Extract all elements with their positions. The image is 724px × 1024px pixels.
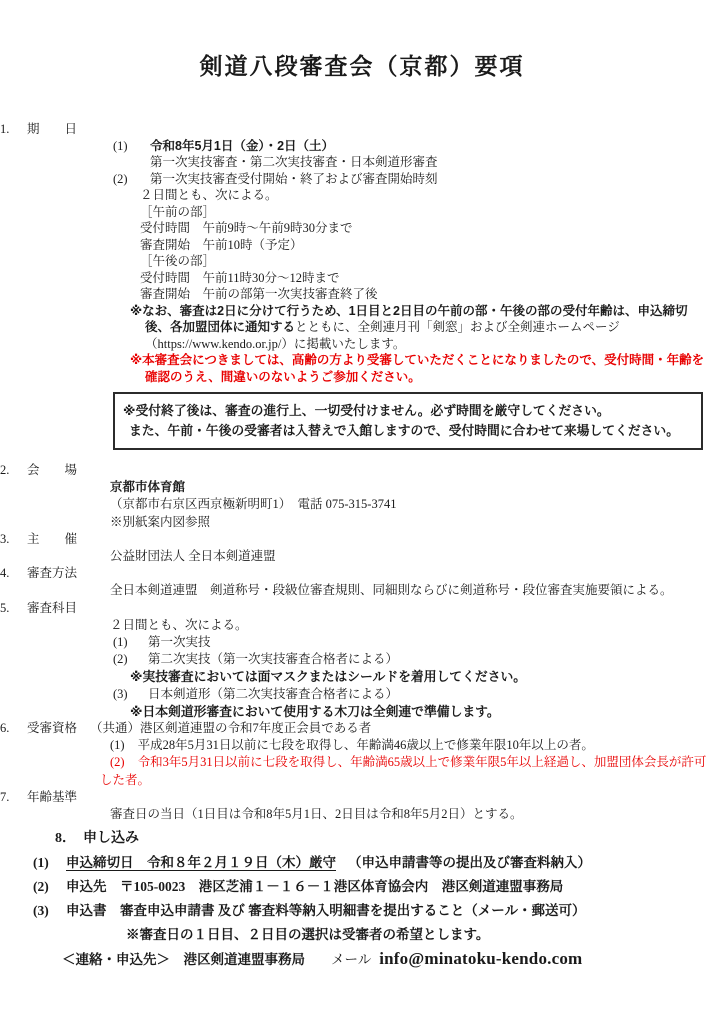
document-page: 剣道八段審査会（京都）要項 1. 期 日 (1) 令和8年5月1日（金）・2日（… <box>0 0 724 1024</box>
section-exam-method: 4. 審査方法 全日本剣道連盟 剣道称号・段級位審査規則、同細則ならびに剣道称号… <box>0 565 724 599</box>
item-marker: (1) <box>33 851 66 875</box>
morning-session-label: ［午前の部］ <box>0 204 724 221</box>
afternoon-reception-time: 受付時間 午前11時30分～12時まで <box>0 270 724 287</box>
application-deadline: 申込締切日 令和８年２月１９日（木）厳守（申込申請書等の提出及び審査料納入） <box>66 851 591 875</box>
date-item-1-sub: 第一次実技審査・第二次実技審査・日本剣道形審査 <box>0 154 724 171</box>
middle-sections: 2. 会 場 京都市体育館 （京都市右京区西京極新明町1） 電話 075-315… <box>0 462 724 823</box>
both-days-note: ２日間とも、次による。 <box>0 187 724 204</box>
section-application: 8． 申し込み (1) 申込締切日 令和８年２月１９日（木）厳守（申込申請書等の… <box>0 827 724 972</box>
section-heading-text: 申し込み <box>83 827 139 851</box>
section-application-heading: 8． 申し込み <box>0 827 724 851</box>
application-documents-item: (3) 申込書 審査申込申請書 及び 審査料等納入明細書を提出すること（メール・… <box>0 899 724 923</box>
subject-item-2: (2) 第二次実技（第一次実技審査合格者による） <box>0 651 724 668</box>
item-marker: (1) <box>113 138 150 155</box>
contact-email: info@minatoku-kendo.com <box>379 947 582 971</box>
section-age-standard: 7. 年齢基準 審査日の当日（1日目は令和8年5月1日、2日目は令和8年5月2日… <box>0 789 724 823</box>
section-eligibility: 6. 受審資格 （共通）港区剣道連盟の令和7年度正会員である者 (1)平成28年… <box>0 720 724 789</box>
section-heading-text: 審査方法 <box>27 565 77 582</box>
item-marker: (2) <box>33 875 66 899</box>
reception-times-title: 第一次実技審査受付開始・終了および審査開始時刻 <box>150 171 438 188</box>
exam-dates: 令和8年5月1日（金）・2日（土） <box>150 138 334 155</box>
eligibility-item-1: (1)平成28年5月31日以前に七段を取得し、年齢満46歳以上で修業年限10年以… <box>0 737 724 754</box>
application-documents: 申込書 審査申込申請書 及び 審査料等納入明細書を提出すること（メール・郵送可） <box>66 899 585 923</box>
eligibility-common-condition: （共通）港区剣道連盟の令和7年度正会員である者 <box>90 720 371 737</box>
section-age-standard-heading: 7. 年齢基準 <box>0 789 724 806</box>
venue-name: 京都市体育館 <box>0 479 724 496</box>
section-heading-text: 会 場 <box>27 462 77 479</box>
contact-office-label: ＜連絡・申込先＞ 港区剣道連盟事務局 <box>62 948 305 972</box>
elderly-priority-warning: ※本審査会につきましては、高齢の方より受審していただくことになりましたので、受付… <box>0 352 724 385</box>
item-marker: (2) <box>110 755 125 769</box>
section-number: 4. <box>0 565 27 582</box>
item-marker: (2) <box>113 171 150 188</box>
venue-map-note: ※別紙案内図参照 <box>0 514 724 531</box>
item-marker: (3) <box>33 899 66 923</box>
subject-first-jitsugi: 第一次実技 <box>148 634 211 651</box>
section-number: 2. <box>0 462 27 479</box>
section-dates-heading: 1. 期 日 <box>0 121 724 138</box>
date-item-2: (2) 第一次実技審査受付開始・終了および審査開始時刻 <box>0 171 724 188</box>
section-dates: 1. 期 日 (1) 令和8年5月1日（金）・2日（土） 第一次実技審査・第二次… <box>0 121 724 450</box>
application-address-item: (2) 申込先 〒105-0023 港区芝浦１－１６－１港区体育協会内 港区剣道… <box>0 875 724 899</box>
page-title: 剣道八段審査会（京都）要項 <box>0 0 724 82</box>
exam-stages: 第一次実技審査・第二次実技審査・日本剣道形審査 <box>150 154 438 171</box>
item-marker: (1) <box>110 738 125 752</box>
subject-item-1: (1) 第一次実技 <box>0 634 724 651</box>
section-heading-text: 審査科目 <box>27 600 77 617</box>
organizer-name: 公益財団法人 全日本剣道連盟 <box>0 548 724 565</box>
contact-row: ＜連絡・申込先＞ 港区剣道連盟事務局 メール info@minatoku-ken… <box>0 947 724 972</box>
section-venue: 2. 会 場 京都市体育館 （京都市右京区西京極新明町1） 電話 075-315… <box>0 462 724 531</box>
section-exam-subjects: 5. 審査科目 ２日間とも、次による。 (1) 第一次実技 (2) 第二次実技（… <box>0 600 724 720</box>
application-address: 申込先 〒105-0023 港区芝浦１－１６－１港区体育協会内 港区剣道連盟事務… <box>66 875 563 899</box>
venue-address-phone: （京都市右京区西京極新明町1） 電話 075-315-3741 <box>0 496 724 513</box>
exam-method-body: 全日本剣道連盟 剣道称号・段級位審査規則、同細則ならびに剣道称号・段位審査実施要… <box>0 582 724 599</box>
section-heading-text: 主 催 <box>27 531 77 548</box>
application-deadline-item: (1) 申込締切日 令和８年２月１９日（木）厳守（申込申請書等の提出及び審査料納… <box>0 851 724 875</box>
item-marker: (1) <box>113 634 148 651</box>
age-standard-body: 審査日の当日（1日目は令和8年5月1日、2日目は令和8年5月2日）とする。 <box>0 806 724 823</box>
section-number: 8． <box>55 827 83 851</box>
eligibility-condition-1: 平成28年5月31日以前に七段を取得し、年齢満46歳以上で修業年限10年以上の者… <box>138 738 594 752</box>
eligibility-item-2: (2)令和3年5月31日以前に七段を取得し、年齢満65歳以上で修業年限5年以上経… <box>0 754 724 788</box>
subjects-intro: ２日間とも、次による。 <box>0 617 724 634</box>
subject-second-jitsugi: 第二次実技（第一次実技審査合格者による） <box>148 651 398 668</box>
section-eligibility-heading: 6. 受審資格 （共通）港区剣道連盟の令和7年度正会員である者 <box>0 720 724 737</box>
alert-line-1: ※受付終了後は、審査の進行上、一切受付けません。必ず時間を厳守してください。 <box>123 401 693 421</box>
morning-reception-time: 受付時間 午前9時～午前9時30分まで <box>0 220 724 237</box>
section-exam-method-heading: 4. 審査方法 <box>0 565 724 582</box>
mail-label: メール <box>331 948 371 972</box>
day-choice-note: ※審査日の１日目、２日目の選択は受審者の希望とします。 <box>0 923 724 947</box>
eligibility-condition-2: 令和3年5月31日以前に七段を取得し、年齢満65歳以上で修業年限5年以上経過し、… <box>100 755 706 786</box>
section-organizer-heading: 3. 主 催 <box>0 531 724 548</box>
mask-requirement-note: ※実技審査においては面マスクまたはシールドを着用してください。 <box>0 668 724 685</box>
section-number: 7. <box>0 789 27 806</box>
reception-alert-box: ※受付終了後は、審査の進行上、一切受付けません。必ず時間を厳守してください。 ま… <box>113 392 703 450</box>
section-heading-text: 受審資格 <box>27 720 77 737</box>
section-number: 1. <box>0 121 27 138</box>
alert-line-2: また、午前・午後の受審者は入替えで入館しますので、受付時間に合わせて来場してくだ… <box>123 421 693 441</box>
section-exam-subjects-heading: 5. 審査科目 <box>0 600 724 617</box>
section-number: 5. <box>0 600 27 617</box>
section-number: 6. <box>0 720 27 737</box>
deadline-underlined: 申込締切日 令和８年２月１９日（木）厳守 <box>66 855 336 870</box>
section-heading-text: 期 日 <box>27 121 77 138</box>
subject-kendo-kata: 日本剣道形（第二次実技審査合格者による） <box>148 686 398 703</box>
deadline-parenthetical: （申込申請書等の提出及び審査料納入） <box>348 855 591 870</box>
item-marker: (3) <box>113 686 148 703</box>
section-organizer: 3. 主 催 公益財団法人 全日本剣道連盟 <box>0 531 724 565</box>
section-number: 3. <box>0 531 27 548</box>
afternoon-session-label: ［午後の部］ <box>0 253 724 270</box>
date-item-1: (1) 令和8年5月1日（金）・2日（土） <box>0 138 724 155</box>
item-marker: (2) <box>113 651 148 668</box>
afternoon-exam-start: 審査開始 午前の部第一次実技審査終了後 <box>0 286 724 303</box>
bokuto-provision-note: ※日本剣道形審査において使用する木刀は全剣連で準備します。 <box>0 703 724 720</box>
section-heading-text: 年齢基準 <box>27 789 77 806</box>
subject-item-3: (3) 日本剣道形（第二次実技審査合格者による） <box>0 686 724 703</box>
section-venue-heading: 2. 会 場 <box>0 462 724 479</box>
notification-note: ※なお、審査は2日に分けて行うため、1日目と2日目の午前の部・午後の部の受付年齢… <box>0 303 724 353</box>
morning-exam-start: 審査開始 午前10時（予定） <box>0 237 724 254</box>
